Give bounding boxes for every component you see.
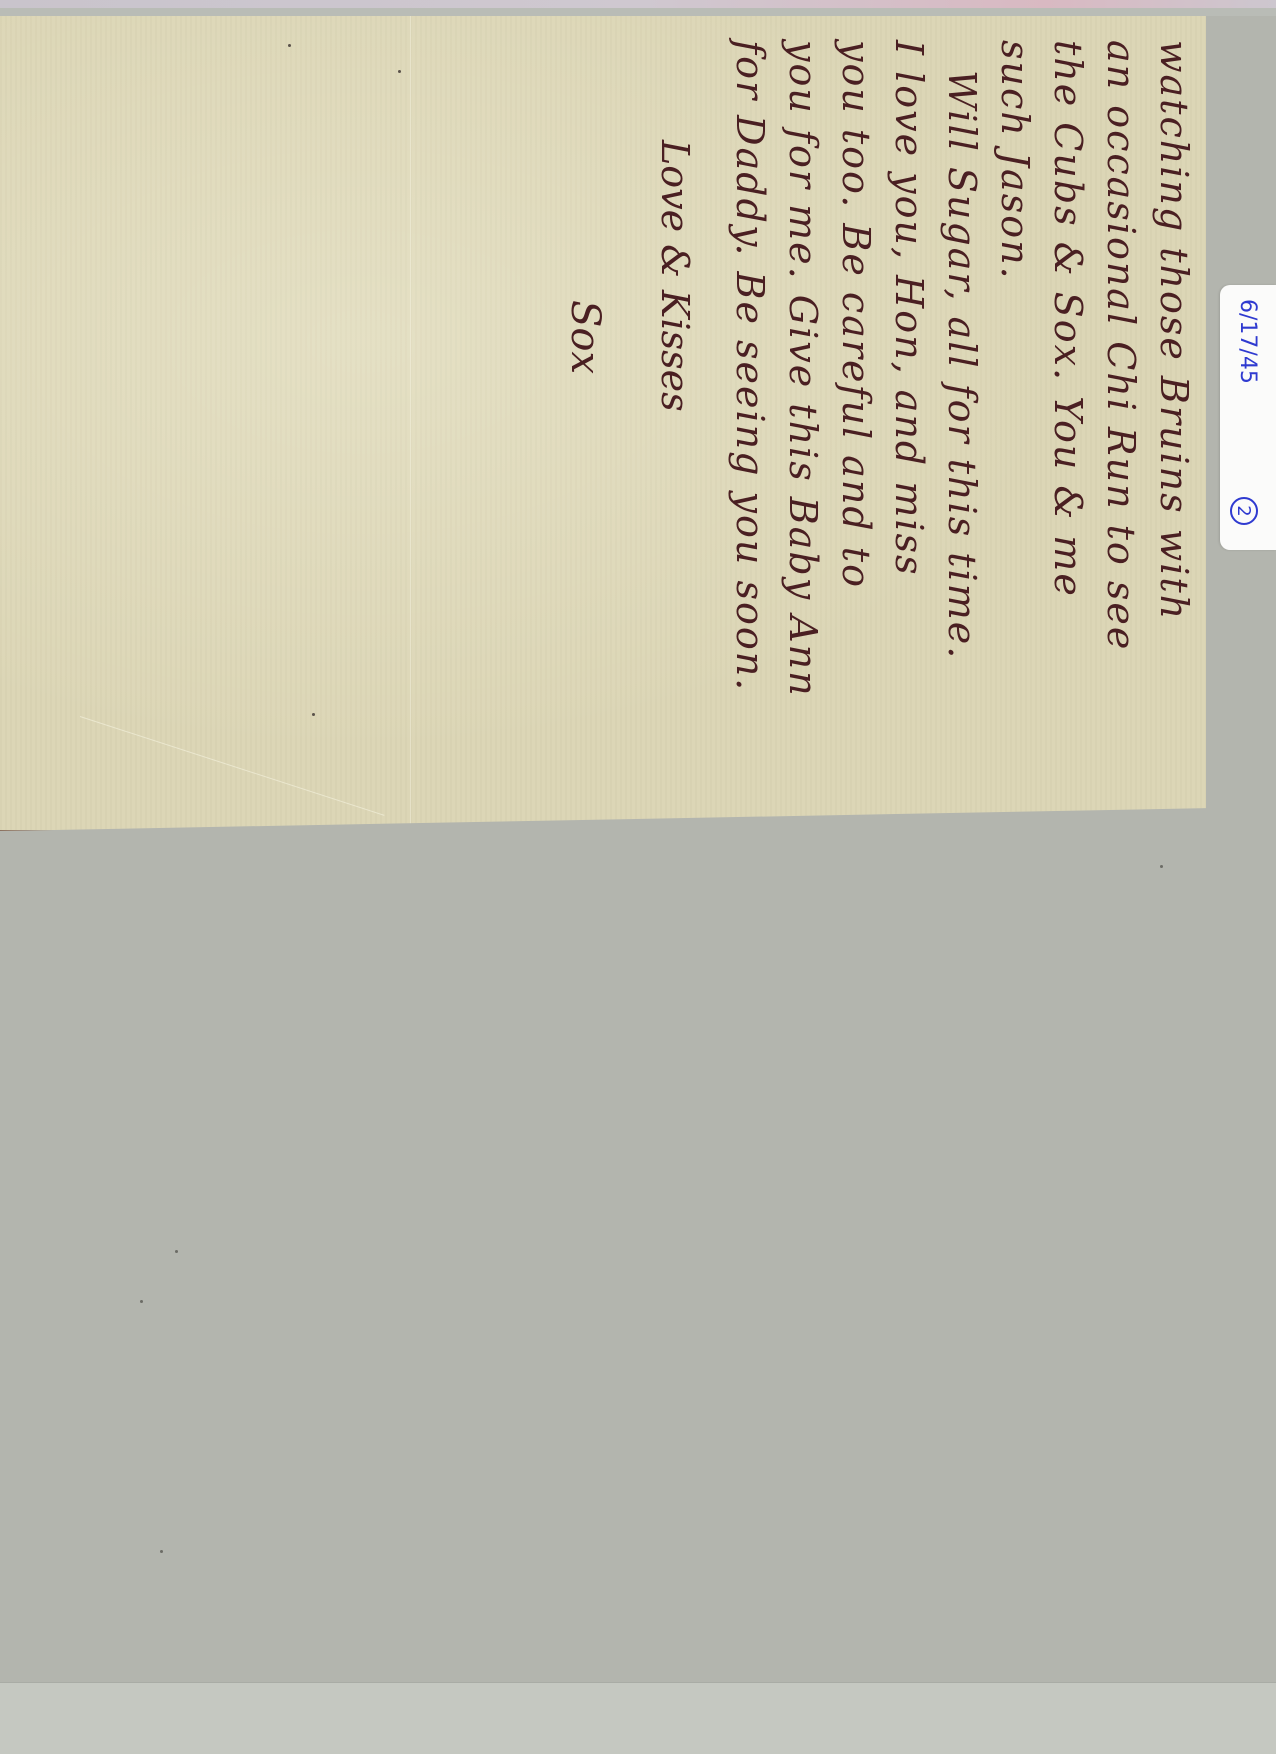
paper-fold-line	[410, 16, 411, 830]
scanner-bottom-band	[0, 1682, 1276, 1754]
letter-line: an occasional Chi Run to see	[1094, 40, 1147, 830]
handwritten-letter: watching those Bruins with an occasional…	[555, 40, 1200, 830]
scan-speck	[140, 1300, 143, 1303]
tag-page-number: 2	[1230, 497, 1258, 525]
paper-speck	[398, 70, 401, 73]
letter-line: for Daddy. Be seeing you soon.	[723, 40, 776, 830]
letter-line: I love you, Hon, and miss	[882, 40, 935, 830]
letter-line: Will Sugar, all for this time.	[935, 40, 988, 830]
scan-speck	[175, 1250, 178, 1253]
letter-line: such Jason.	[988, 40, 1041, 830]
letter-closing: Love & Kisses	[645, 40, 705, 830]
paper-speck	[312, 713, 315, 716]
scan-speck	[160, 1550, 163, 1553]
scanner-top-shadow	[0, 8, 1276, 16]
paper-crease	[80, 716, 385, 816]
letter-line: you for me. Give this Baby Ann	[776, 40, 829, 830]
paper-speck	[288, 44, 291, 47]
letter-signature: Sox	[555, 40, 615, 830]
scan-speck	[1160, 865, 1163, 868]
letter-line: the Cubs & Sox. You & me	[1041, 40, 1094, 830]
letter-line: watching those Bruins with	[1147, 40, 1200, 830]
scanner-top-strip	[0, 0, 1276, 8]
archive-tag: 6/17/45 2	[1220, 285, 1276, 550]
tag-date: 6/17/45	[1235, 299, 1260, 384]
letter-line: you too. Be careful and to	[829, 40, 882, 830]
